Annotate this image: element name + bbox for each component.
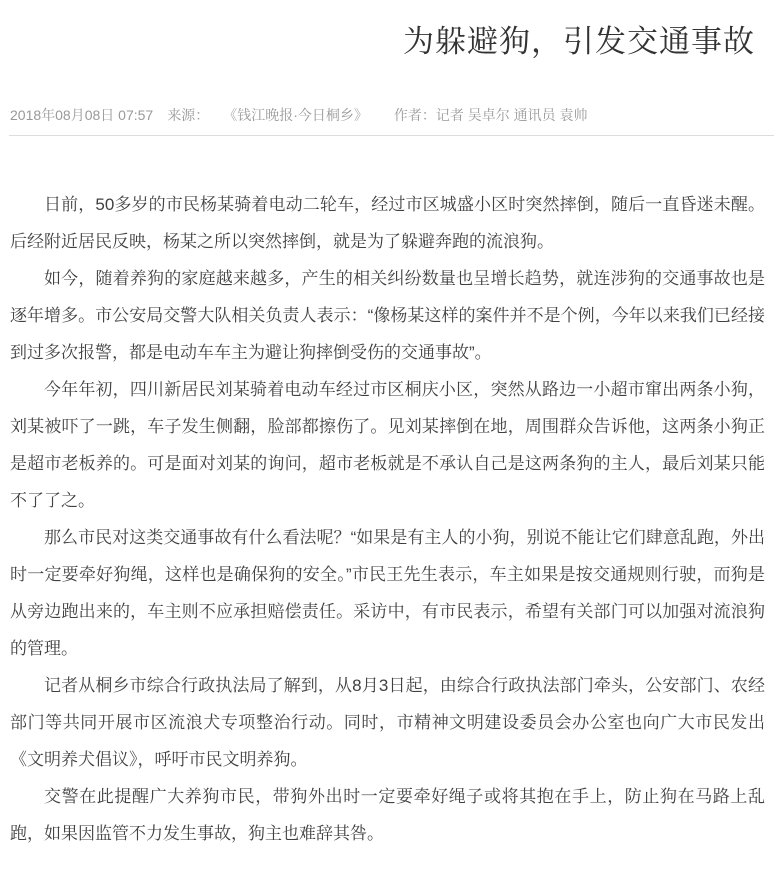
article-paragraph: 那么市民对这类交通事故有什么看法呢？“如果是有主人的小狗，别说不能让它们肆意乱跑… xyxy=(10,519,765,667)
article-meta: 2018年08月08日 07:57来源：《钱江晚报·今日桐乡》作者：记者 吴卓尔… xyxy=(0,105,774,125)
author-label: 作者： xyxy=(394,105,436,125)
author-names: 记者 吴卓尔 通讯员 袁帅 xyxy=(436,105,588,125)
source-label: 来源： xyxy=(167,105,209,125)
source-name: 《钱江晚报·今日桐乡》 xyxy=(223,105,368,125)
article-body: 日前，50多岁的市民杨某骑着电动二轮车，经过市区城盛小区时突然摔倒，随后一直昏迷… xyxy=(0,136,774,882)
article-paragraph: 交警在此提醒广大养狗市民，带狗外出时一定要牵好绳子或将其抱在手上，防止狗在马路上… xyxy=(10,778,765,852)
article-paragraph: 记者从桐乡市综合行政执法局了解到，从8月3日起，由综合行政执法部门牵头，公安部门… xyxy=(10,667,765,778)
article-paragraph: 今年年初，四川新居民刘某骑着电动车经过市区桐庆小区，突然从路边一小超市窜出两条小… xyxy=(10,371,765,519)
article-page: 为躲避狗，引发交通事故 2018年08月08日 07:57来源：《钱江晚报·今日… xyxy=(0,0,774,882)
article-title: 为躲避狗，引发交通事故 xyxy=(0,21,774,63)
publish-datetime: 2018年08月08日 07:57 xyxy=(10,105,153,125)
article-paragraph: 日前，50多岁的市民杨某骑着电动二轮车，经过市区城盛小区时突然摔倒，随后一直昏迷… xyxy=(10,186,765,260)
article-paragraph: 如今，随着养狗的家庭越来越多，产生的相关纠纷数量也呈增长趋势，就连涉狗的交通事故… xyxy=(10,260,765,371)
